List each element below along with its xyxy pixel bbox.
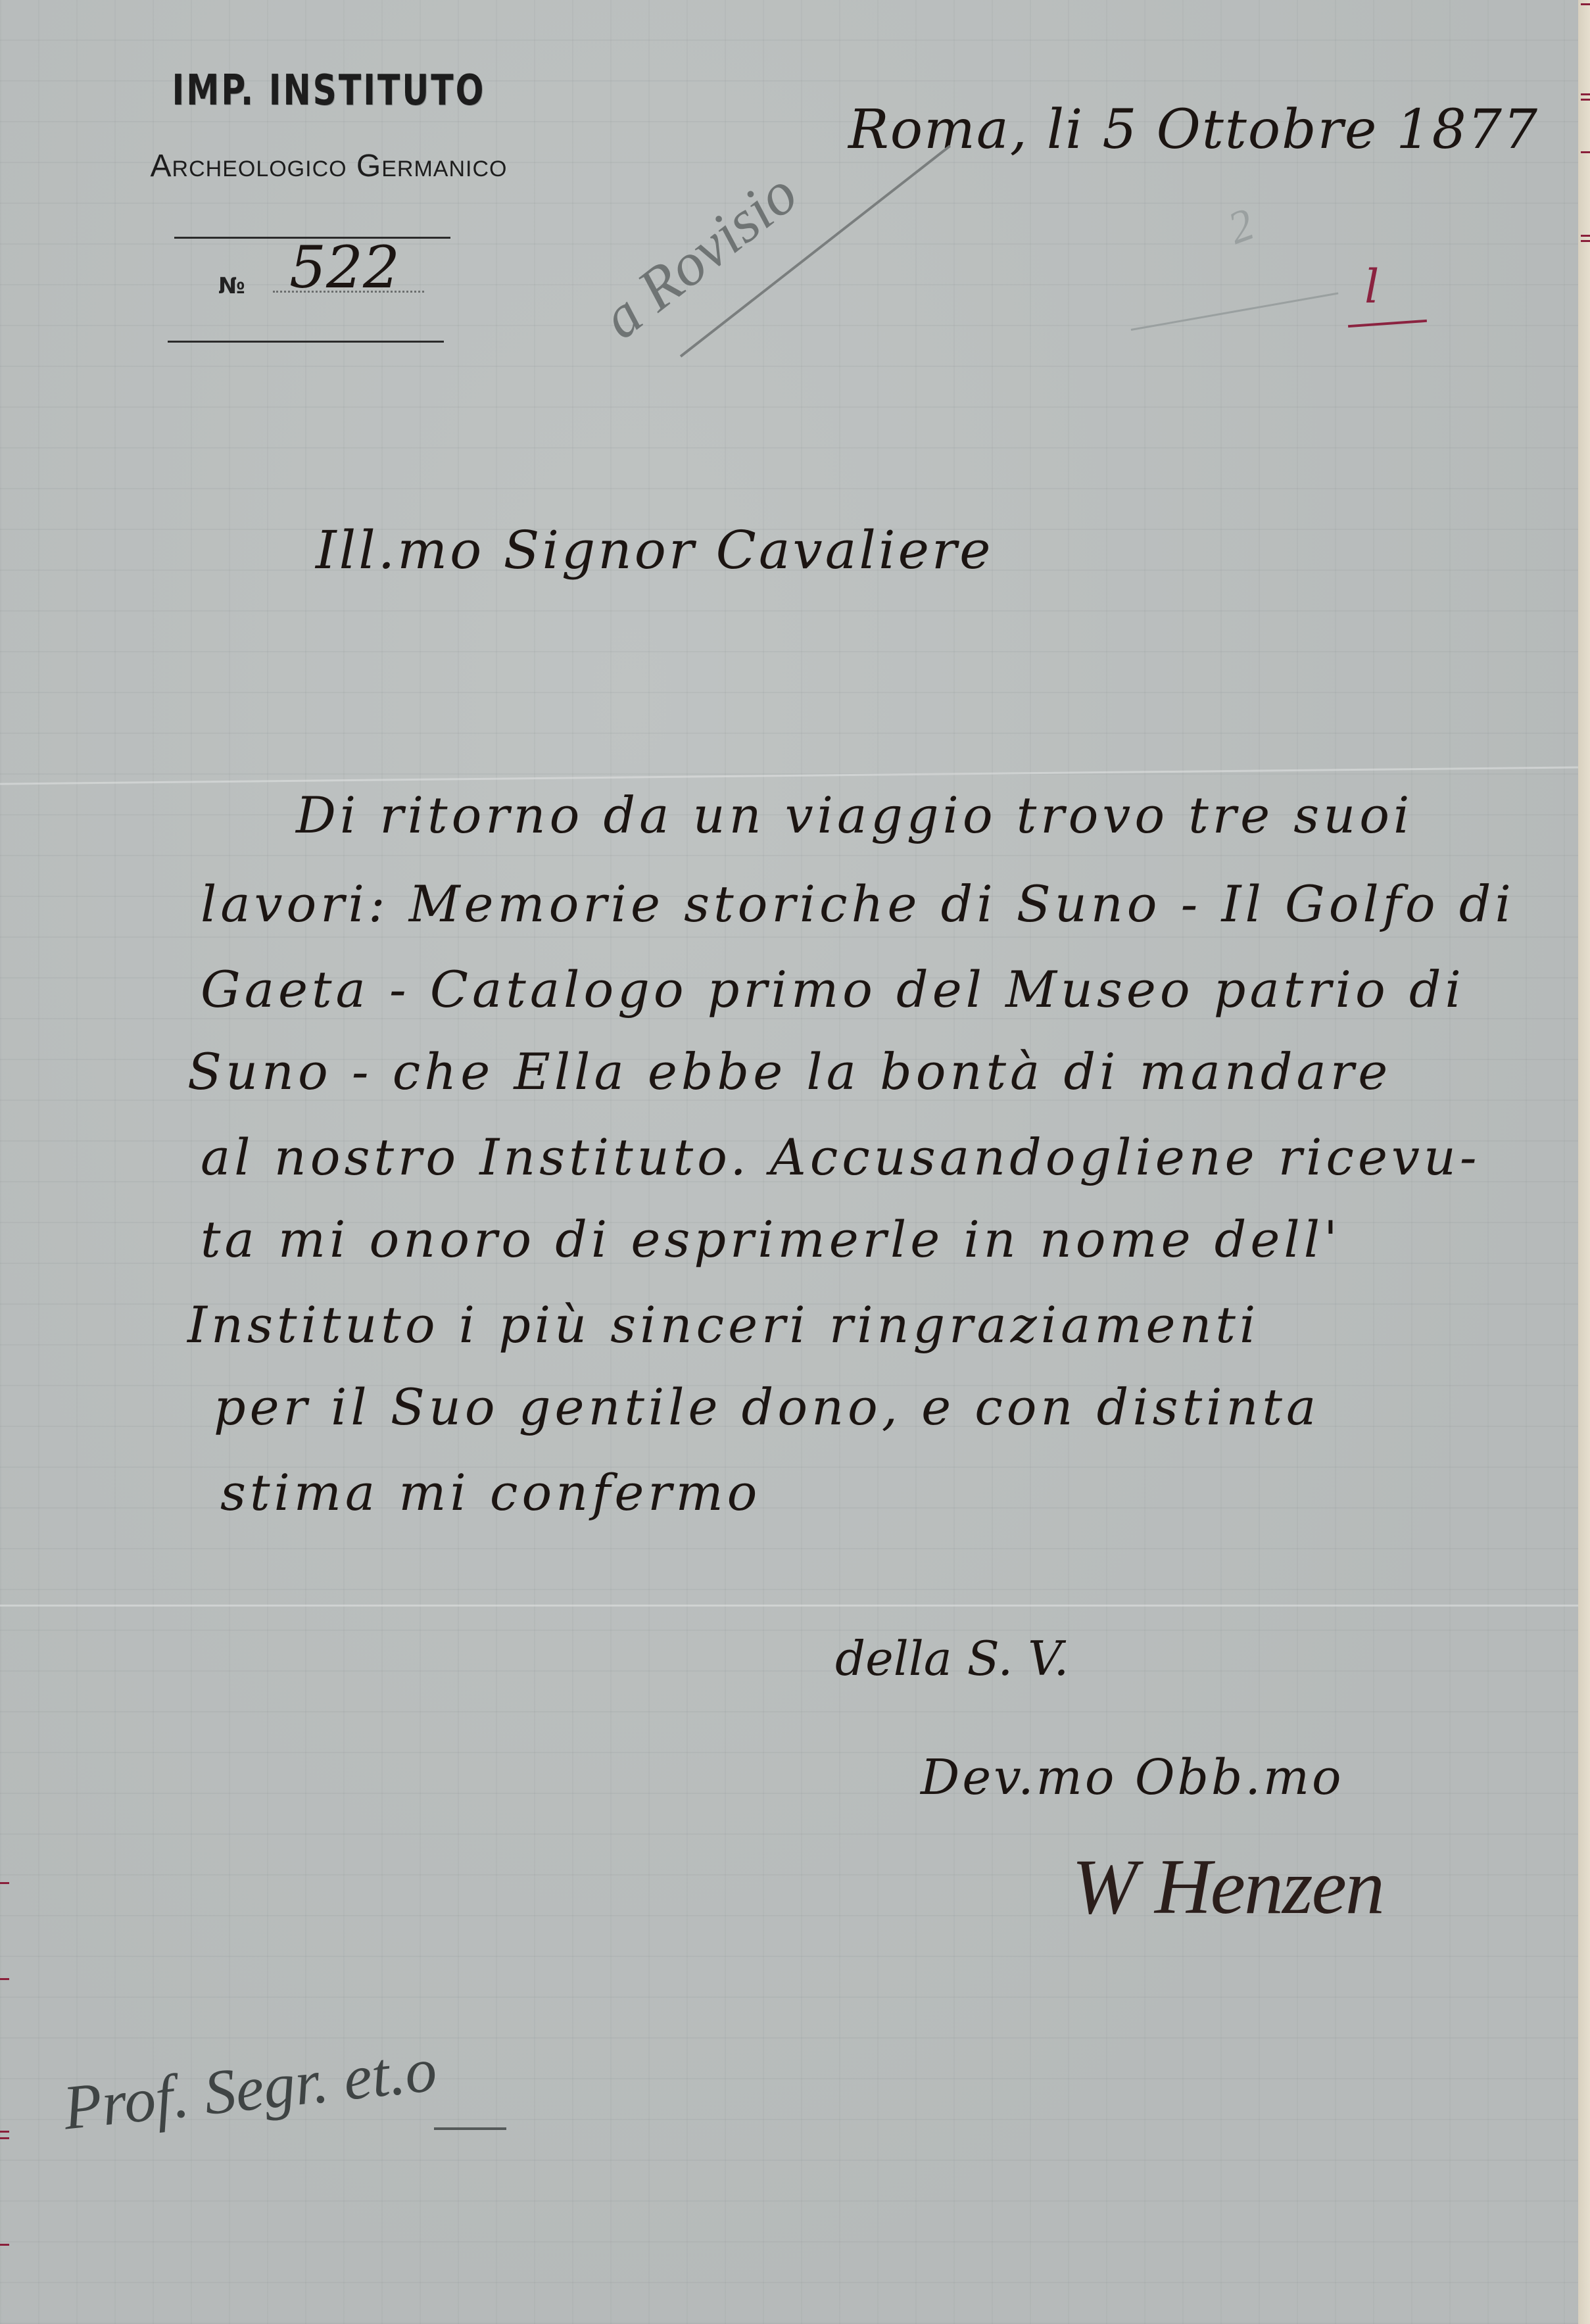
red-margin-tick [0,1978,9,1980]
red-margin-tick [1581,3,1590,5]
institution-title: IMP. INSTITUTO [172,66,486,115]
body-line: per il Suo gentile dono, e con distinta [214,1378,1320,1436]
protocol-number: 522 [289,233,400,301]
red-margin-tick [0,2137,9,2139]
red-ink-mark: l [1364,260,1379,314]
red-margin-tick [0,2244,9,2246]
closing-courtesy: della S. V. [835,1631,1069,1686]
red-margin-tick [0,1882,9,1884]
bottom-note-underline [434,2127,506,2130]
closing-formula: Dev.mo Obb.mo [921,1749,1344,1806]
body-line: lavori: Memorie storiche di Suno - Il Go… [201,875,1515,933]
body-line: Gaeta - Catalogo primo del Museo patrio … [201,960,1465,1019]
body-line: ta mi onoro di esprimerle in nome dell' [201,1210,1341,1269]
body-line: al nostro Instituto. Accusandogliene ric… [201,1128,1481,1186]
salutation: Ill.mo Signor Cavaliere [316,520,994,581]
red-margin-tick [1581,240,1590,242]
body-line: Di ritorno da un viaggio trovo tre suoi [296,786,1413,844]
number-rule-bottom [168,341,444,343]
backing-edge-strip [1578,0,1590,2324]
letterhead: IMP. INSTITUTO Archeologico Germanico [85,69,572,184]
red-margin-tick [1581,99,1590,101]
body-line: stima mi confermo [220,1463,761,1522]
red-margin-tick [1581,151,1590,153]
body-line: Instituto i più sinceri ringraziamenti [187,1295,1259,1354]
place-date: Roma, li 5 Ottobre 1877 [848,99,1539,161]
fold-line [0,1605,1578,1607]
red-margin-tick [0,2131,9,2133]
number-label: № [218,273,245,299]
body-line: Suno - che Ella ebbe la bontà di mandare [187,1042,1391,1101]
institution-subtitle: Archeologico Germanico [85,148,572,184]
signature: W Henzen [1072,1841,1384,1932]
red-margin-tick [1581,235,1590,237]
red-margin-tick [1581,93,1590,95]
